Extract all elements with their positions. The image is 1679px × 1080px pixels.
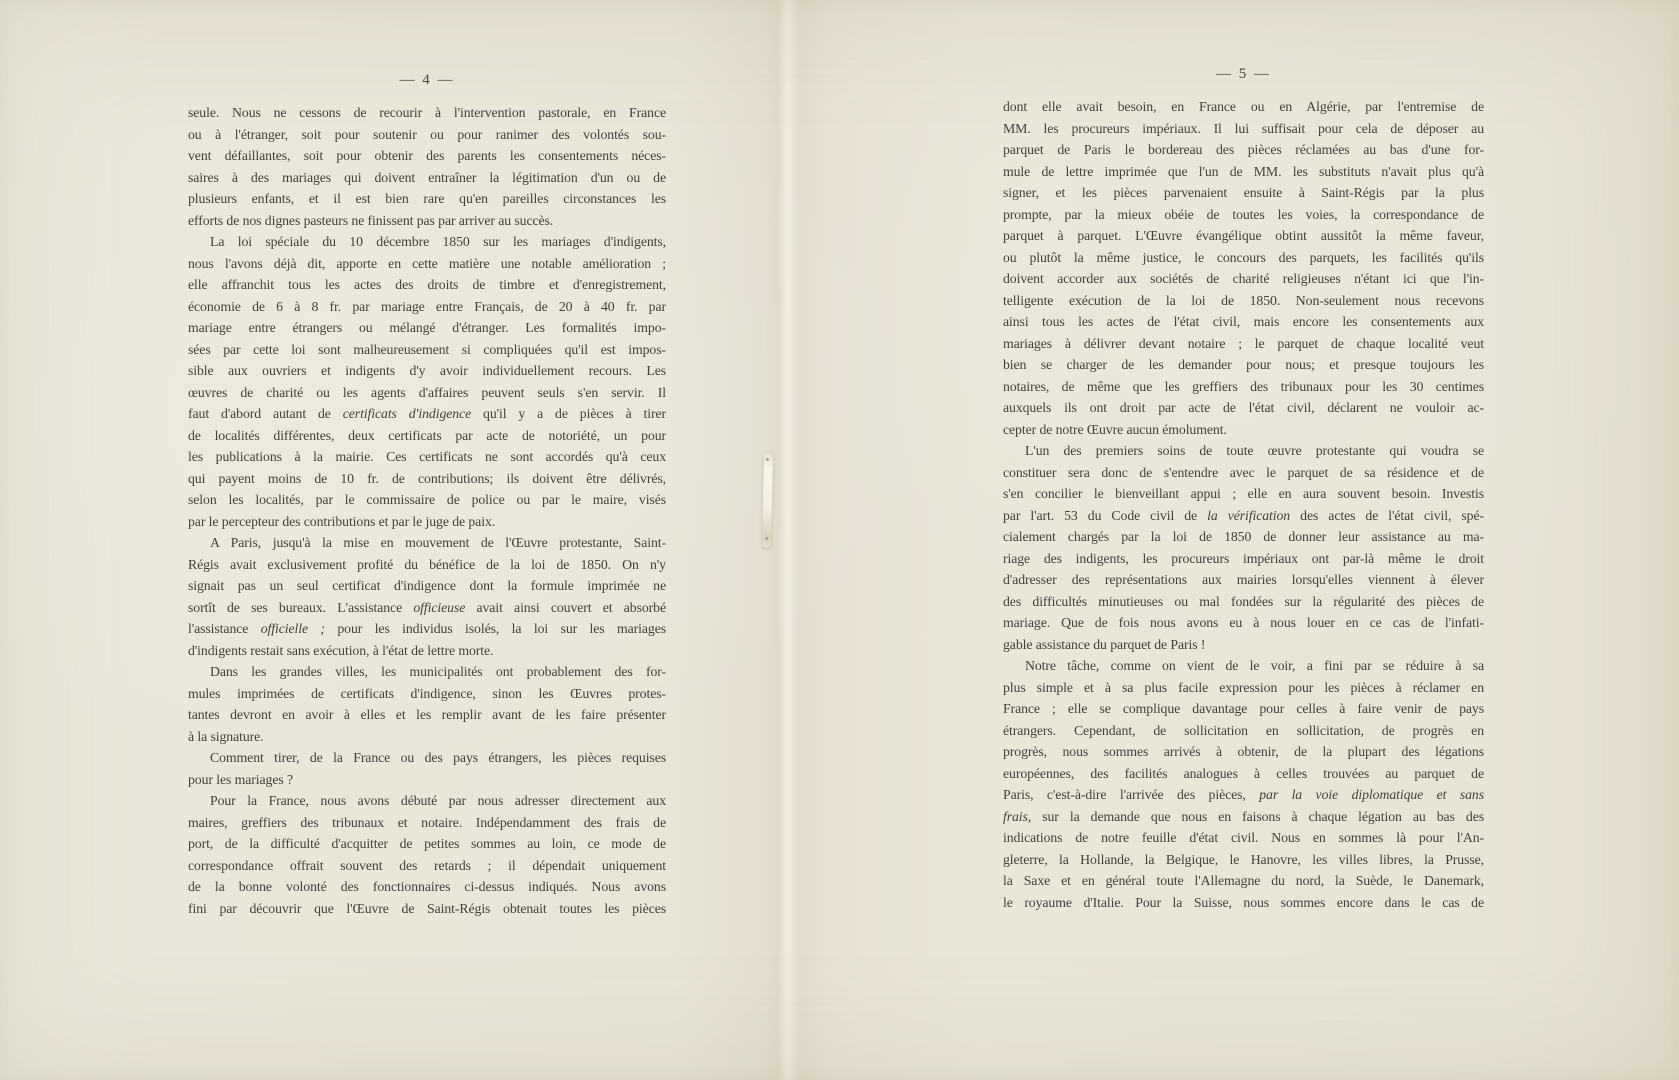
page-number-right: — 5 — xyxy=(1003,64,1484,84)
text-line: à la signature. xyxy=(188,726,666,748)
text-line: gable assistance du parquet de Paris ! xyxy=(1003,634,1484,656)
text-line: économie de 6 à 8 fr. par mariage entre … xyxy=(188,296,666,318)
page-right: — 5 — dont elle avait besoin, en France … xyxy=(1003,64,1484,913)
text-line: le royaume d'Italie. Pour la Suisse, nou… xyxy=(1003,892,1484,914)
paragraph: A Paris, jusqu'à la mise en mouvement de… xyxy=(188,532,666,661)
text-line: vent défaillantes, soit pour obtenir des… xyxy=(188,145,666,167)
text-line: pour les mariages ? xyxy=(188,769,666,791)
text-line: fini par découvrir que l'Œuvre de Saint-… xyxy=(188,898,666,920)
text-line: seule. Nous ne cessons de recourir à l'i… xyxy=(188,102,666,124)
text-line: des difficultés minutieuses ou mal fondé… xyxy=(1003,591,1484,613)
text-line: parquet à parquet. L'Œuvre évangélique o… xyxy=(1003,225,1484,247)
text-line: doivent accorder aux sociétés de charité… xyxy=(1003,268,1484,290)
text-line: Paris, c'est-à-dire l'arrivée des pièces… xyxy=(1003,784,1484,806)
text-line: les publications à la mairie. Ces certif… xyxy=(188,446,666,468)
text-line: nous l'avons déjà dit, apporte en cette … xyxy=(188,253,666,275)
text-line: port, de la difficulté d'acquitter de pe… xyxy=(188,833,666,855)
text-line: mule de lettre imprimée que l'un de MM. … xyxy=(1003,161,1484,183)
paragraph: Dans les grandes villes, les municipalit… xyxy=(188,661,666,747)
text-line: mules imprimées de certificats d'indigen… xyxy=(188,683,666,705)
text-line: Pour la France, nous avons débuté par no… xyxy=(188,790,666,812)
text-line: constituer sera donc de s'entendre avec … xyxy=(1003,462,1484,484)
text-line: plusieurs enfants, et il est bien rare q… xyxy=(188,188,666,210)
text-line: correspondance offrait souvent des retar… xyxy=(188,855,666,877)
text-line: sées par cette loi sont malheureusement … xyxy=(188,339,666,361)
text-line: dont elle avait besoin, en France ou en … xyxy=(1003,96,1484,118)
text-line: d'adresser des représentations aux mairi… xyxy=(1003,569,1484,591)
text-line: par l'art. 53 du Code civil de la vérifi… xyxy=(1003,505,1484,527)
paragraph: Notre tâche, comme on vient de le voir, … xyxy=(1003,655,1484,913)
text-line: frais, sur la demande que nous en faison… xyxy=(1003,806,1484,828)
text-line: la Saxe et en général toute l'Allemagne … xyxy=(1003,870,1484,892)
text-line: elle affranchit tous les actes des droit… xyxy=(188,274,666,296)
paragraph: seule. Nous ne cessons de recourir à l'i… xyxy=(188,102,666,231)
text-line: notaires, de même que les greffiers des … xyxy=(1003,376,1484,398)
text-line: cialement chargés par la loi de 1850 de … xyxy=(1003,526,1484,548)
text-line: Notre tâche, comme on vient de le voir, … xyxy=(1003,655,1484,677)
text-line: de la bonne volonté des fonctionnaires c… xyxy=(188,876,666,898)
text-line: telligente exécution de la loi de 1850. … xyxy=(1003,290,1484,312)
text-line: mariages à délivrer devant notaire ; le … xyxy=(1003,333,1484,355)
text-line: auxquels ils ont droit par acte de l'éta… xyxy=(1003,397,1484,419)
text-line: d'indigents restait sans exécution, à l'… xyxy=(188,640,666,662)
text-line: parquet de Paris le bordereau des pièces… xyxy=(1003,139,1484,161)
paragraph: dont elle avait besoin, en France ou en … xyxy=(1003,96,1484,440)
text-line: saires à des mariages qui doivent entraî… xyxy=(188,167,666,189)
text-line: L'un des premiers soins de toute œuvre p… xyxy=(1003,440,1484,462)
page-left-body: seule. Nous ne cessons de recourir à l'i… xyxy=(188,102,666,919)
text-line: riage des indigents, les procureurs impé… xyxy=(1003,548,1484,570)
text-line: ou à l'étranger, soit pour soutenir ou p… xyxy=(188,124,666,146)
text-line: faut d'abord autant de certificats d'ind… xyxy=(188,403,666,425)
text-line: progrès, nous sommes arrivés à obtenir, … xyxy=(1003,741,1484,763)
page-left: — 4 — seule. Nous ne cessons de recourir… xyxy=(188,70,666,919)
page-number-left: — 4 — xyxy=(188,70,666,90)
text-line: prompte, par la mieux obéie de toutes le… xyxy=(1003,204,1484,226)
text-line: sible aux ouvriers et indigents d'y avoi… xyxy=(188,360,666,382)
paragraph: L'un des premiers soins de toute œuvre p… xyxy=(1003,440,1484,655)
paragraph: Comment tirer, de la France ou des pays … xyxy=(188,747,666,790)
paragraph: Pour la France, nous avons débuté par no… xyxy=(188,790,666,919)
text-line: cepter de notre Œuvre aucun émolument. xyxy=(1003,419,1484,441)
text-line: l'assistance officielle ; pour les indiv… xyxy=(188,618,666,640)
text-line: bien se charger de les demander pour nou… xyxy=(1003,354,1484,376)
text-line: mariage. Que de fois nous avons eu à nou… xyxy=(1003,612,1484,634)
page-right-body: dont elle avait besoin, en France ou en … xyxy=(1003,96,1484,913)
text-line: efforts de nos dignes pasteurs ne finiss… xyxy=(188,210,666,232)
binding-thread xyxy=(762,452,773,548)
text-line: œuvres de charité ou les agents d'affair… xyxy=(188,382,666,404)
text-line: France ; elle se complique davantage pou… xyxy=(1003,698,1484,720)
text-line: qui payent moins de 10 fr. de contributi… xyxy=(188,468,666,490)
text-line: signer, et les pièces parvenaient ensuit… xyxy=(1003,182,1484,204)
text-line: La loi spéciale du 10 décembre 1850 sur … xyxy=(188,231,666,253)
text-line: Comment tirer, de la France ou des pays … xyxy=(188,747,666,769)
text-line: maires, greffiers des tribunaux et notai… xyxy=(188,812,666,834)
text-line: étrangers. Cependant, de sollicitation e… xyxy=(1003,720,1484,742)
text-line: s'en concilier le bienveillant appui ; e… xyxy=(1003,483,1484,505)
text-line: selon les localités, par le commissaire … xyxy=(188,489,666,511)
text-line: européennes, des facilités analogues à c… xyxy=(1003,763,1484,785)
text-line: sortît de ses bureaux. L'assistance offi… xyxy=(188,597,666,619)
text-line: ou plutôt la même justice, le concours d… xyxy=(1003,247,1484,269)
text-line: signait pas un seul certificat d'indigen… xyxy=(188,575,666,597)
text-line: indications de notre feuille d'état civi… xyxy=(1003,827,1484,849)
text-line: A Paris, jusqu'à la mise en mouvement de… xyxy=(188,532,666,554)
text-line: Dans les grandes villes, les municipalit… xyxy=(188,661,666,683)
text-line: MM. les procureurs impériaux. Il lui suf… xyxy=(1003,118,1484,140)
text-line: tantes devront en avoir à elles et les r… xyxy=(188,704,666,726)
text-line: plus simple et à sa plus facile expressi… xyxy=(1003,677,1484,699)
text-line: de localités différentes, deux certifica… xyxy=(188,425,666,447)
text-line: mariage entre étrangers ou mélangé d'étr… xyxy=(188,317,666,339)
text-line: ainsi tous les actes de l'état civil, ma… xyxy=(1003,311,1484,333)
text-line: Régis avait exclusivement profité du bén… xyxy=(188,554,666,576)
text-line: gleterre, la Hollande, la Belgique, le H… xyxy=(1003,849,1484,871)
paragraph: La loi spéciale du 10 décembre 1850 sur … xyxy=(188,231,666,532)
text-line: par le percepteur des contributions et p… xyxy=(188,511,666,533)
scanned-book-spread: { "colors": { "paper": "#e9e5d7", "ink":… xyxy=(0,0,1679,1080)
